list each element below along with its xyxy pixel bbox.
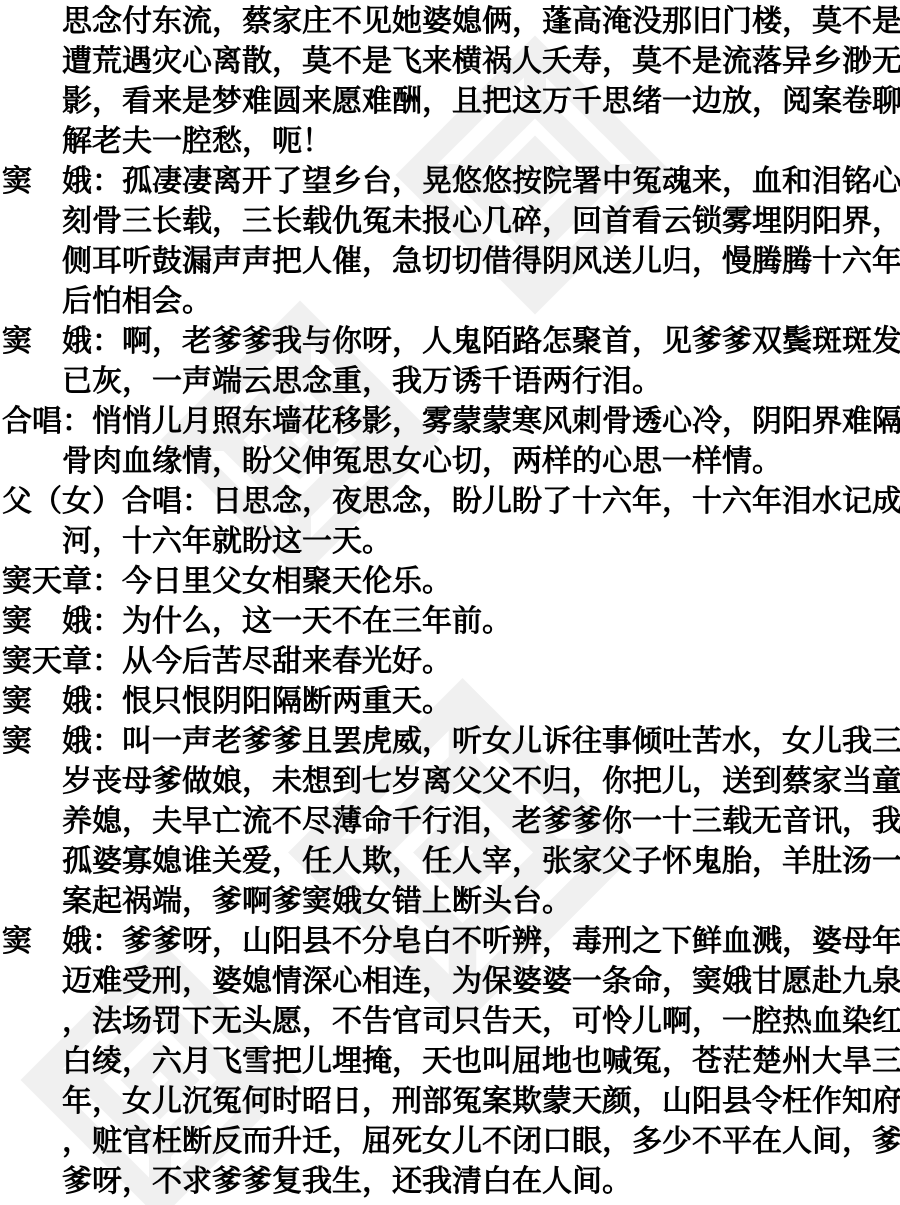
speaker-label: 窦天章： (2, 645, 122, 678)
script-paragraph: 窦 娥：孤凄凄离开了望乡台，晃悠悠按院署中冤魂来，血和泪铭心刻骨三长载，三长载仇… (2, 162, 900, 322)
script-paragraph: 思念付东流，蔡家庄不见她婆媳俩，蓬高淹没那旧门楼，莫不是遭荒遇灾心离散，莫不是飞… (2, 2, 900, 162)
dialogue-text: 从今后苦尽甜来春光好。 (122, 645, 452, 678)
script-paragraph: 窦天章：今日里父女相聚天伦乐。 (2, 562, 900, 602)
speaker-label: 窦 娥： (2, 325, 122, 358)
script-paragraph: 窦天章：从今后苦尽甜来春光好。 (2, 642, 900, 682)
script-paragraph: 父（女）合唱：日思念，夜思念，盼儿盼了十六年，十六年泪水记成河，十六年就盼这一天… (2, 482, 900, 562)
dialogue-text: 叫一声老爹爹且罢虎威，听女儿诉往事倾吐苦水，女儿我三岁丧母爹做娘，未想到七岁离父… (62, 725, 900, 918)
speaker-label: 窦天章： (2, 565, 122, 598)
script-paragraph: 窦 娥：为什么，这一天不在三年前。 (2, 602, 900, 642)
dialogue-text: 今日里父女相聚天伦乐。 (122, 565, 452, 598)
script-paragraph: 合唱：悄悄儿月照东墙花移影，雾蒙蒙寒风刺骨透心冷，阴阳界难隔骨肉血缘情，盼父伸冤… (2, 402, 900, 482)
speaker-label: 窦 娥： (2, 685, 122, 718)
speaker-label: 窦 娥： (2, 725, 122, 758)
script-paragraph: 窦 娥：恨只恨阴阳隔断两重天。 (2, 682, 900, 722)
script-paragraph: 窦 娥：叫一声老爹爹且罢虎威，听女儿诉往事倾吐苦水，女儿我三岁丧母爹做娘，未想到… (2, 722, 900, 922)
script-paragraph: 窦 娥：爹爹呀，山阳县不分皂白不听辨，毒刑之下鲜血溅，婆母年迈难受刑，婆媳情深心… (2, 922, 900, 1202)
speaker-label: 窦 娥： (2, 605, 122, 638)
dialogue-text: 思念付东流，蔡家庄不见她婆媳俩，蓬高淹没那旧门楼，莫不是遭荒遇灾心离散，莫不是飞… (62, 5, 900, 158)
speaker-label: 合唱： (2, 405, 92, 438)
dialogue-text: 恨只恨阴阳隔断两重天。 (122, 685, 452, 718)
script-paragraph: 窦 娥：啊，老爹爹我与你呀，人鬼陌路怎聚首，见爹爹双鬓斑斑发已灰，一声端云思念重… (2, 322, 900, 402)
speaker-label: 窦 娥： (2, 925, 122, 958)
dialogue-text: 孤凄凄离开了望乡台，晃悠悠按院署中冤魂来，血和泪铭心刻骨三长载，三长载仇冤未报心… (62, 165, 900, 318)
dialogue-text: 啊，老爹爹我与你呀，人鬼陌路怎聚首，见爹爹双鬓斑斑发已灰，一声端云思念重，我万诱… (62, 325, 900, 398)
dialogue-text: 为什么，这一天不在三年前。 (122, 605, 512, 638)
speaker-label: 窦 娥： (2, 165, 122, 198)
dialogue-text: 爹爹呀，山阳县不分皂白不听辨，毒刑之下鲜血溅，婆母年迈难受刑，婆媳情深心相连，为… (62, 925, 900, 1198)
dialogue-text: 悄悄儿月照东墙花移影，雾蒙蒙寒风刺骨透心冷，阴阳界难隔骨肉血缘情，盼父伸冤思女心… (62, 405, 900, 478)
speaker-label: 父（女）合唱： (2, 485, 212, 518)
script-text: 思念付东流，蔡家庄不见她婆媳俩，蓬高淹没那旧门楼，莫不是遭荒遇灾心离散，莫不是飞… (0, 0, 900, 1202)
script-page: 思念付东流，蔡家庄不见她婆媳俩，蓬高淹没那旧门楼，莫不是遭荒遇灾心离散，莫不是飞… (0, 0, 900, 1205)
